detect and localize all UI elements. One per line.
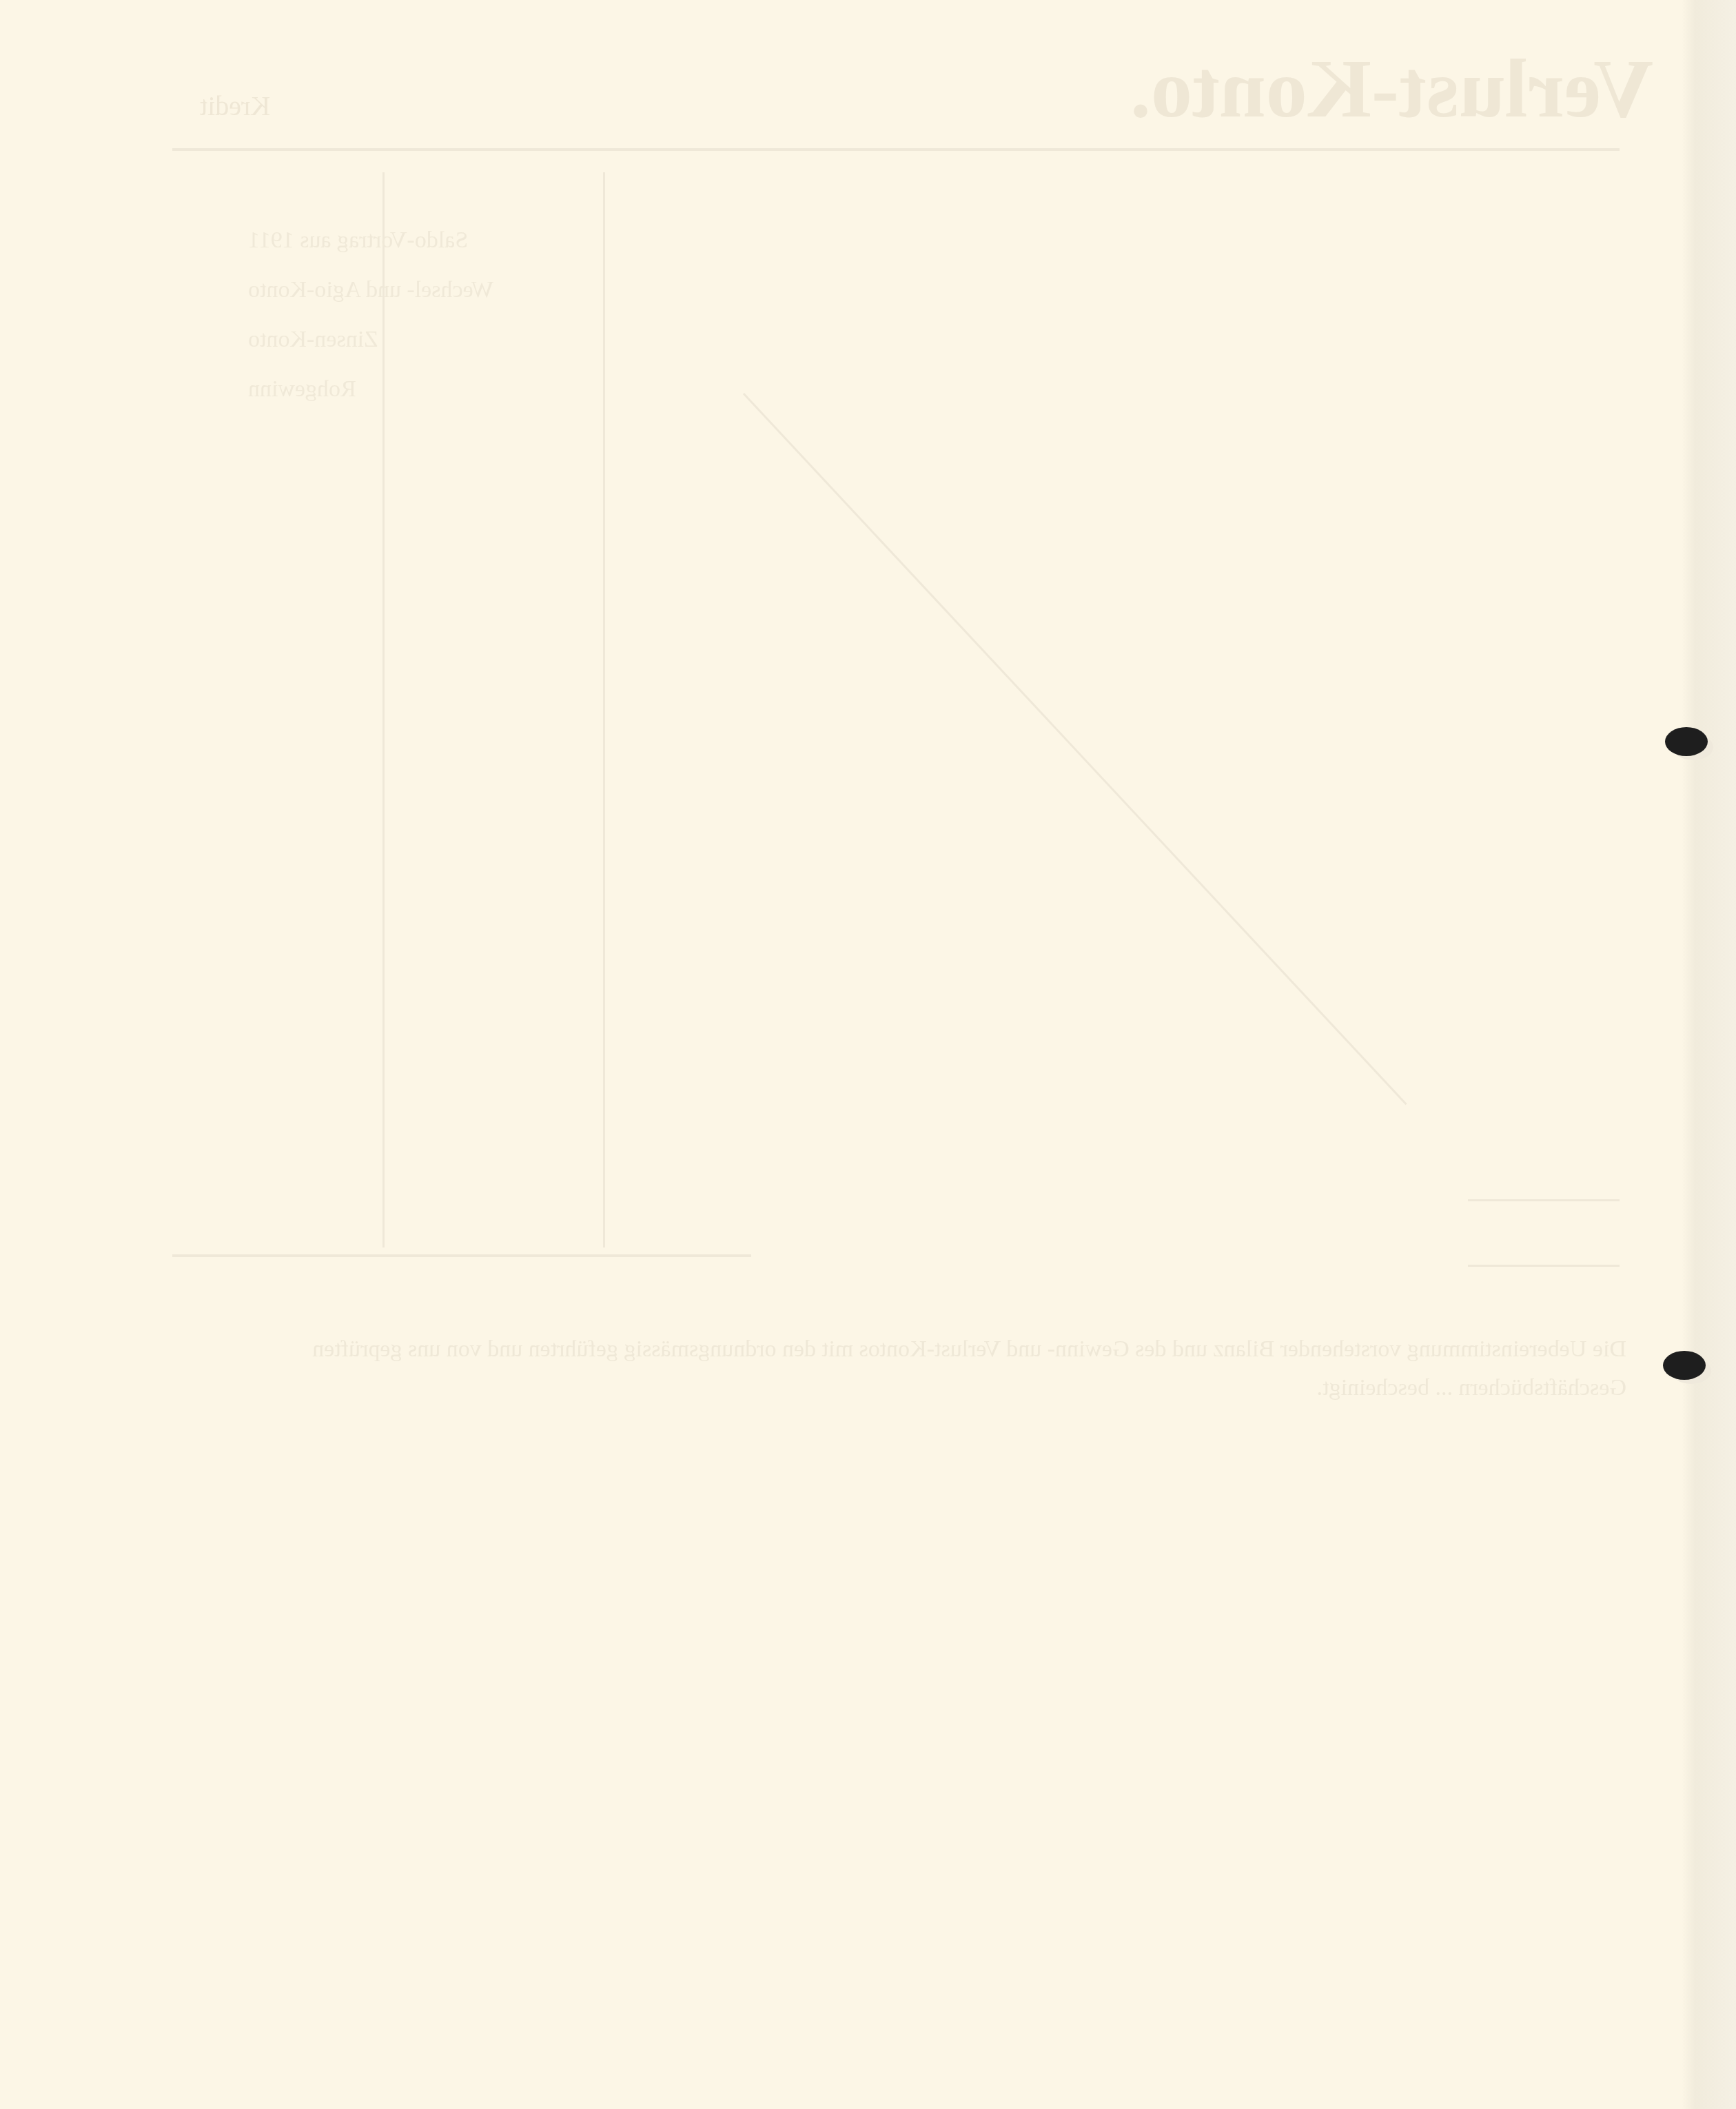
punch-hole-icon	[1663, 1351, 1706, 1380]
footer-rule-right	[1468, 1265, 1620, 1267]
mirrored-title-bleedthrough: Verlust-Konto.	[1130, 41, 1653, 136]
total-rule-right	[1468, 1199, 1620, 1201]
ledger-diagonal-strike	[743, 393, 1407, 1105]
ghost-line: Zinsen-Konto	[248, 327, 1489, 376]
punch-hole-icon	[1665, 727, 1708, 756]
footer-rule-left	[172, 1254, 751, 1257]
header-rule	[172, 148, 1620, 151]
ghost-line: Saldo-Vortrag aus 1911	[248, 227, 1489, 277]
document-page: Verlust-Konto. Kredit Saldo-Vortrag aus …	[0, 0, 1736, 2109]
ghost-line: Wechsel- und Agio-Konto	[248, 277, 1489, 327]
mirrored-ledger-lines: Saldo-Vortrag aus 1911 Wechsel- und Agio…	[248, 227, 1489, 426]
mirrored-column-header-bleedthrough: Kredit	[200, 90, 270, 122]
mirrored-audit-paragraph: Die Uebereinstimmung vorstehender Bilanz…	[179, 1330, 1626, 1407]
ghost-line: Rohgewinn	[248, 376, 1489, 426]
